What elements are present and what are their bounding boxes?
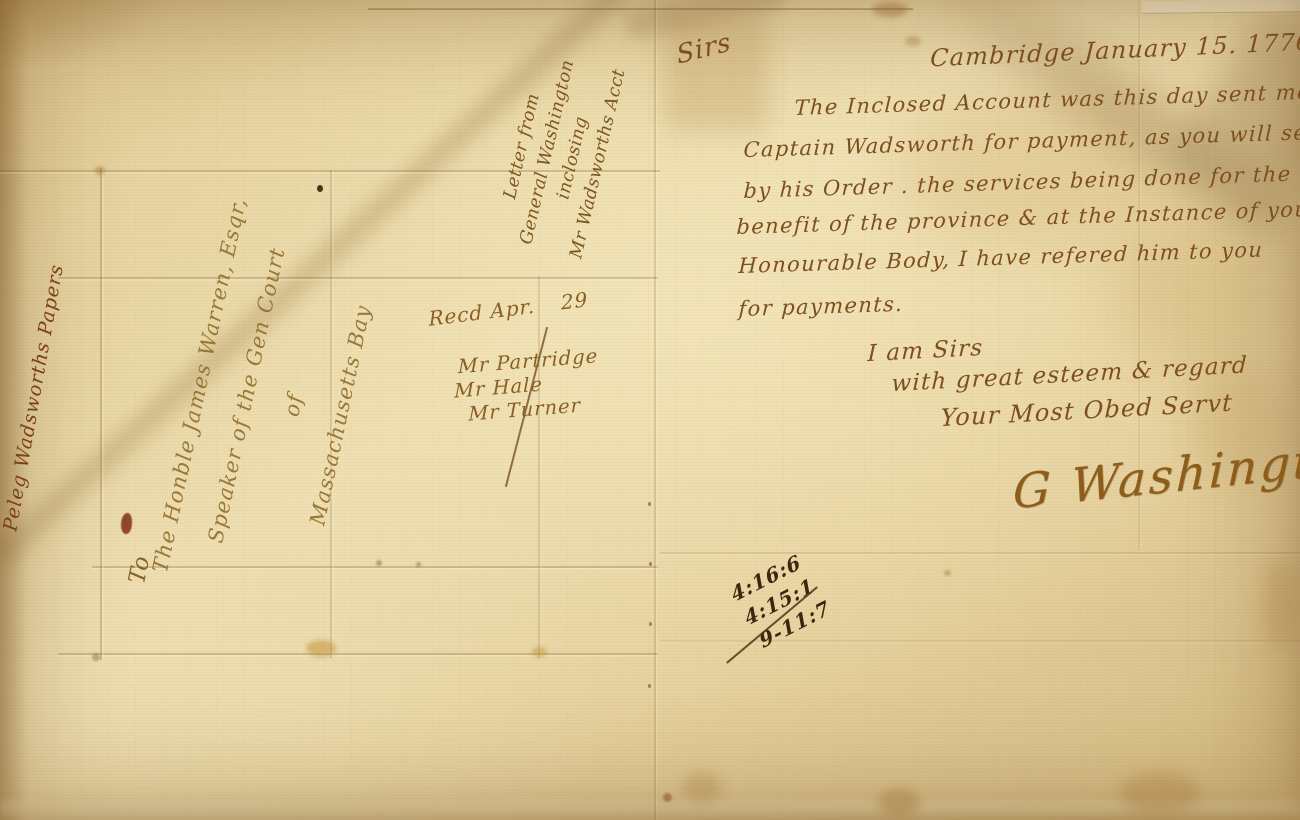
committee-list: Mr Partridge Mr Hale Mr Turner [452,344,599,428]
address-block: The Honble James Warren, Esqr, Speaker o… [131,170,408,631]
bottom-edge-light [0,800,1300,814]
top-edge-stain-a [872,2,908,17]
crease-speck-right [944,570,951,576]
crease-vertical-inner [538,276,540,658]
yellow-stain-crease [306,640,336,657]
body-line: The Inclosed Account was this day sent m… [794,79,1300,120]
yellow-stain-small [532,647,547,657]
archival-note-vertical: Peleg Wadsworths Papers [0,271,67,533]
letter-scan: Peleg Wadsworths Papers To The Honble Ja… [0,0,1300,820]
received-label: Recd Apr. [428,294,536,331]
pinhole-2 [649,562,652,566]
closing-line: Your Most Obed Servt [940,389,1234,432]
crease-horizontal-right-1 [660,552,1300,554]
closing-line: I am Sirs [867,335,984,367]
bottom-right-stain-a [1120,772,1200,814]
pinhole-4 [648,684,651,688]
red-ink-blot [121,513,132,534]
crease-center-fold [654,0,656,820]
bottom-center-stain [682,772,722,802]
pinhole-1 [648,502,651,506]
pinhole-3 [649,622,652,626]
body-line: for payments. [738,292,904,321]
crease-speck-b [416,562,421,567]
salutation: Sirs [675,27,733,70]
top-left-corner-shade [0,0,170,70]
received-note: Recd Apr.29 [428,287,589,331]
top-edge-stain-b [905,36,921,46]
signature: G Washington [1012,427,1300,521]
crease-corner-spot-top [95,166,105,175]
sheet-top-edge-line [368,8,913,10]
fold-bottom-dot [663,793,672,802]
crease-speck-a [376,560,382,566]
right-edge-stain [1262,560,1300,650]
docket-block: Letter from General Washington inclosing… [485,36,636,274]
body-line: Honourable Body, I have refered him to y… [738,238,1264,279]
bottom-right-stain-b [878,788,920,816]
crease-horizontal-4 [58,653,658,655]
body-line: by his Order . the services being done f… [743,162,1292,203]
crease-vertical-left [100,168,102,660]
arithmetic-notes: 4:16:6 4:15:1 9-11:7 [722,544,834,662]
received-day: 29 [560,287,589,314]
top-right-paper-sliver [1142,0,1300,14]
body-line: benefit of the province & at the Instanc… [736,197,1300,239]
crease-corner-spot-bottom [92,653,100,661]
body-line: Captain Wadsworth for payment, as you wi… [743,120,1300,162]
dateline: Cambridge January 15. 1776 [930,28,1300,73]
